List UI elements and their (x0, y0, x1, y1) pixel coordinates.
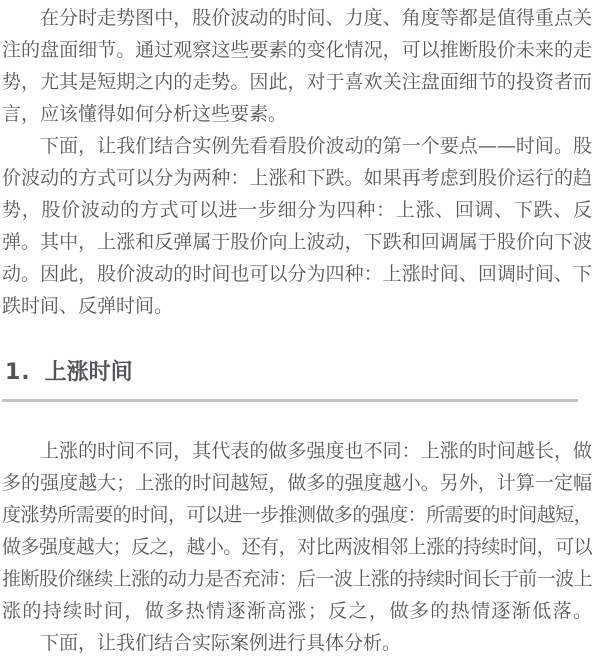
text-line: 势，尤其是短期之内的走势。因此，对于喜欢关注盘面细节的投资者而 (2, 66, 592, 98)
section-heading: 1.上涨时间 (2, 360, 578, 402)
text-line: 言，应该懂得如何分析这些要素。 (2, 98, 592, 130)
text-line: 下面，让我们结合实例先看看股价波动的第一个要点——时间。股 (2, 130, 592, 162)
section-number: 1. (5, 360, 31, 385)
text-line: 弹。其中，上涨和反弹属于股价向上波动，下跌和回调属于股价向下波 (2, 226, 592, 258)
text-line: 价波动的方式可以分为两种：上涨和下跌。如果再考虑到股价运行的趋 (2, 162, 592, 194)
text-line: 推断股价继续上涨的动力是否充沛：后一波上涨的持续时间长于前一波上 (2, 563, 592, 595)
text-line: 涨的持续时间，做多热情逐渐高涨；反之，做多的热情逐渐低落。 (2, 595, 592, 627)
text-line: 度涨势所需要的时间，可以进一步推测做多的强度：所需要的时间越短， (2, 499, 592, 531)
section-title: 上涨时间 (45, 360, 133, 385)
text-line: 动。因此，股价波动的时间也可以分为四种：上涨时间、回调时间、下 (2, 258, 592, 290)
text-line: 跌时间、反弹时间。 (2, 290, 592, 322)
text-line: 上涨的时间不同，其代表的做多强度也不同：上涨的时间越长，做 (2, 435, 592, 467)
text-line: 在分时走势图中，股价波动的时间、力度、角度等都是值得重点关 (2, 2, 592, 34)
text-line: 注的盘面细节。通过观察这些要素的变化情况，可以推断股价未来的走 (2, 34, 592, 66)
paragraph-rise-time: 上涨的时间不同，其代表的做多强度也不同：上涨的时间越长，做 多的强度越大；上涨的… (2, 435, 592, 627)
book-page: 在分时走势图中，股价波动的时间、力度、角度等都是值得重点关 注的盘面细节。通过观… (0, 0, 594, 657)
text-line: 下面，让我们结合实际案例进行具体分析。 (2, 627, 592, 657)
text-line: 做多强度越大；反之，越小。还有，对比两波相邻上涨的持续时间，可以 (2, 531, 592, 563)
text-line: 势，股价波动的方式可以进一步细分为四种：上涨、回调、下跌、反 (2, 194, 592, 226)
paragraph-time-types: 下面，让我们结合实例先看看股价波动的第一个要点——时间。股 价波动的方式可以分为… (2, 130, 592, 322)
paragraph-closing: 下面，让我们结合实际案例进行具体分析。 (2, 627, 592, 657)
text-line: 多的强度越大；上涨的时间越短，做多的强度越小。另外，计算一定幅 (2, 467, 592, 499)
paragraph-intro: 在分时走势图中，股价波动的时间、力度、角度等都是值得重点关 注的盘面细节。通过观… (2, 2, 592, 130)
